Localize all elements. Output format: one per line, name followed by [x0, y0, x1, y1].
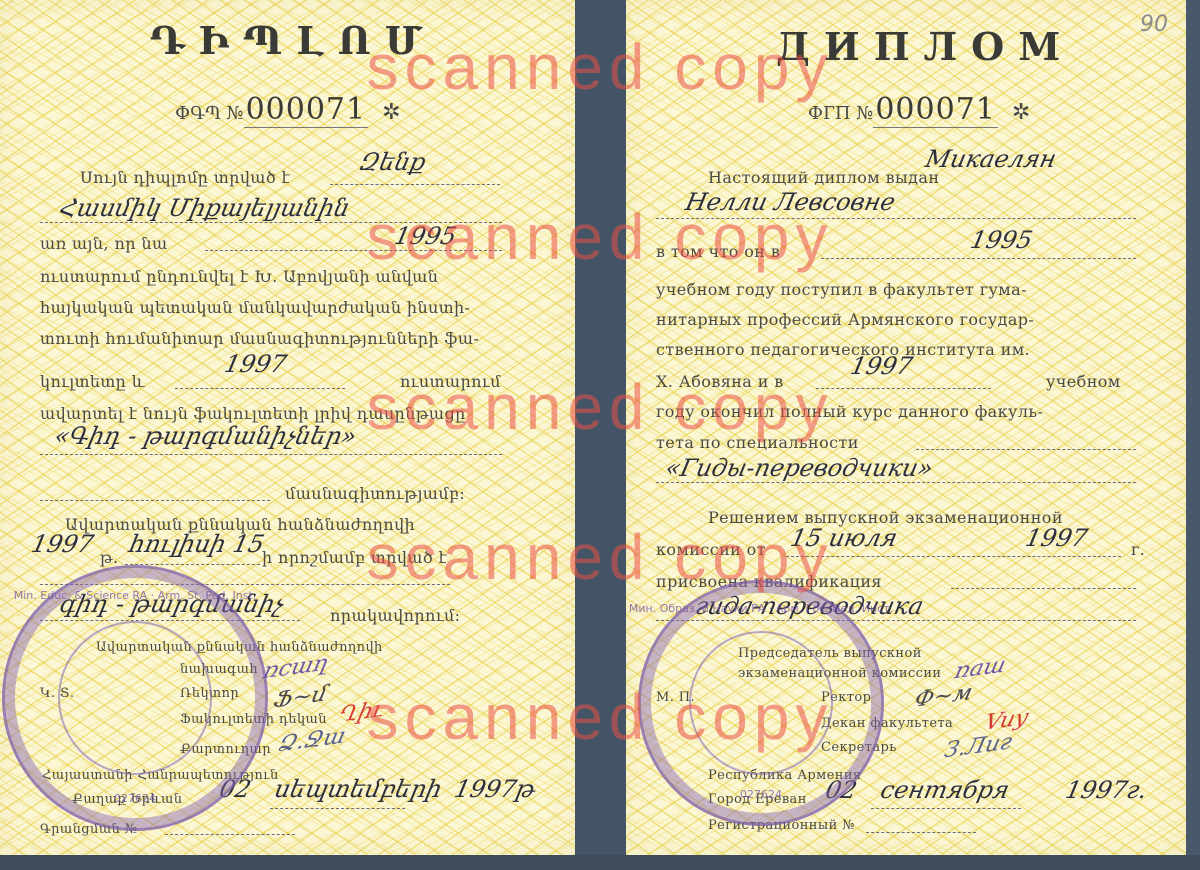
handwritten-decision-date: 15 июля: [788, 524, 900, 552]
serial-prefix: ФГП №: [808, 103, 873, 124]
text-line: կուլտետը և: [40, 372, 145, 391]
text-line: տուտի հումանիտար մասնագիտությունների ֆա-: [40, 329, 479, 348]
fill-line: [816, 388, 991, 389]
secretary-signature: З.Лиг: [942, 730, 1015, 764]
text-line: тета по специальности: [656, 433, 859, 452]
fill-line: [165, 834, 295, 835]
handwritten-year-start: 1995: [968, 226, 1035, 254]
text-line: учебном году поступил в факультет гума-: [656, 280, 1027, 299]
secretary-signature: Ձ.Ջա: [276, 724, 348, 758]
fill-line: [40, 500, 270, 501]
handwritten-surname: Микаелян: [923, 145, 1059, 173]
handwritten-year-end: 1997: [222, 350, 289, 378]
page-title: ДИПЛОМ: [776, 24, 1074, 69]
russian-page: ДИПЛОМ ФГП №000071✲ Настоящий диплом выд…: [626, 0, 1186, 855]
text-line: ուստարում ընդունվել է Խ. Աբովյանի անվան: [40, 267, 438, 286]
cover-right-edge: [1186, 0, 1200, 870]
fill-line: [270, 808, 405, 809]
text-line: ственного педагогического института им.: [656, 340, 1030, 359]
pencil-annotation: 90: [1140, 12, 1168, 37]
text-line: г.: [1131, 540, 1145, 559]
text-line: հայկական պետական մանկավարժական ինստի-: [40, 298, 470, 317]
fill-line: [40, 454, 502, 455]
stamp-coat-of-arms: [58, 621, 212, 775]
text-line: որակավորում:: [330, 606, 460, 625]
text-line: комиссии от: [656, 540, 766, 559]
handwritten-issue-year: 1997թ: [452, 775, 538, 803]
stamp-number: 027624: [114, 792, 156, 805]
fill-line: [951, 588, 1136, 589]
rosette-icon: ✲: [382, 100, 400, 125]
issued-to-label: Настоящий диплом выдан: [708, 168, 939, 187]
handwritten-decision-date: հուլիսի 15: [127, 530, 267, 558]
serial-value: 000071: [244, 92, 369, 128]
text-line: ի որոշմամբ տրված է: [262, 548, 447, 567]
stamp-ring-text: Мин. Образ. и Науки РА · Арм. Гос. Пед. …: [629, 602, 893, 615]
fill-line: [656, 482, 1136, 483]
stamp-coat-of-arms: [689, 631, 833, 775]
handwritten-issue-year: 1997г.: [1063, 776, 1150, 804]
handwritten-year-start: 1995: [392, 222, 459, 250]
official-stamp: Min. Educ. & Science RA · Arm. St. Ped. …: [2, 565, 268, 831]
serial-number: ՓԳՊ №000071✲: [175, 92, 401, 127]
handwritten-issue-month: сентября: [878, 776, 1012, 804]
fill-line: [175, 388, 345, 389]
handwritten-specialty: «Гиды-переводчики»: [663, 454, 936, 482]
fill-line: [866, 832, 976, 833]
text-line: нитарных профессий Армянского государ-: [656, 310, 1034, 329]
stamp-number: 027624: [740, 788, 782, 801]
armenian-page: ԴԻՊԼՈՄ ՓԳՊ №000071✲ Սույն դիպլոմը տրված …: [0, 0, 575, 855]
serial-number: ФГП №000071✲: [808, 92, 1030, 127]
text-line: учебном: [1046, 372, 1121, 391]
rector-signature: Ф~м: [912, 680, 975, 712]
stamp-ring-text: Min. Educ. & Science RA · Arm. St. Ped. …: [14, 589, 256, 602]
text-line: в том что он в: [656, 242, 780, 261]
issued-to-label: Սույն դիպլոմը տրված է: [80, 168, 290, 187]
handwritten-decision-year: 1997: [1023, 524, 1090, 552]
rosette-icon: ✲: [1012, 100, 1030, 125]
handwritten-year-end: 1997: [848, 352, 915, 380]
text-line: ավարտել է նույն ֆակուլտետի լրիվ դասընթաց…: [40, 404, 466, 423]
serial-value: 000071: [873, 92, 998, 128]
fill-line: [330, 184, 500, 185]
fill-line: [916, 449, 1136, 450]
fill-line: [205, 250, 502, 251]
serial-prefix: ՓԳՊ №: [175, 103, 244, 124]
page-title: ԴԻՊԼՈՄ: [150, 18, 436, 63]
fill-line: [656, 218, 1136, 219]
fill-line: [786, 556, 1121, 557]
text-line: Х. Абовяна и в: [656, 372, 784, 391]
official-stamp: Мин. Образ. и Науки РА · Арм. Гос. Пед. …: [638, 580, 884, 826]
handwritten-decision-year: 1997: [29, 530, 96, 558]
rector-signature: Ֆ~մ: [271, 682, 329, 714]
text-line: առ այն, որ նա: [40, 234, 168, 253]
text-line: ուստարում: [400, 372, 501, 391]
cover-spine: [575, 0, 626, 870]
chairman-signature: ռсաղ: [261, 651, 331, 684]
text-line: մասնագիտությամբ:: [285, 484, 465, 503]
fill-line: [871, 808, 1021, 809]
fill-line: [821, 258, 1136, 259]
handwritten-issue-month: սեպտեմբերի: [272, 775, 444, 803]
text-line: году окончил полный курс данного факуль-: [656, 402, 1043, 421]
handwritten-surname: Զենք: [357, 148, 428, 176]
text-line: թ.: [100, 548, 119, 567]
handwritten-specialty: «Գիդ - թարգմանիչներ»: [52, 422, 359, 450]
handwritten-name: Нелли Левсовне: [683, 188, 898, 216]
handwritten-name: Հասմիկ Միքայելյանին: [57, 194, 352, 222]
chairman-signature: ռаш: [952, 653, 1008, 684]
cover-bottom-edge: [0, 855, 1200, 870]
